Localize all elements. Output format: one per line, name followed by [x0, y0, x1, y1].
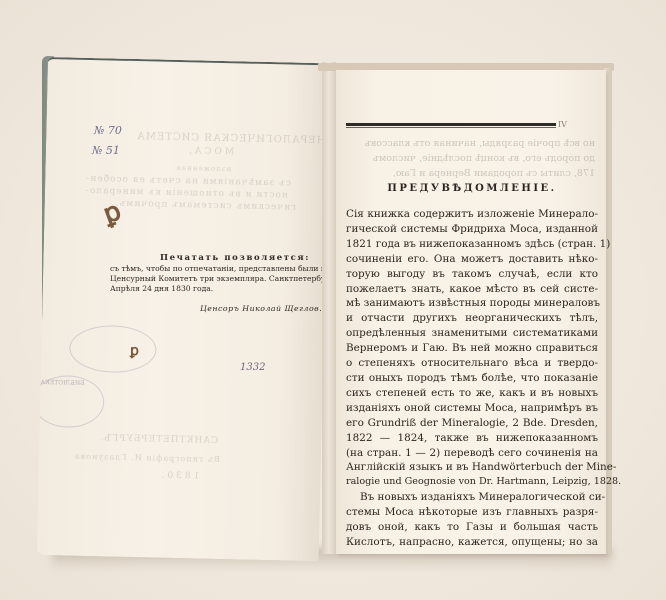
paragraph-2: Въ новыхъ изданіяхъ Минералогической си-… — [346, 490, 598, 550]
preface-body: Сія книжка содержитъ изложеніе Минерало-… — [346, 207, 598, 550]
text-line: сочиненіи его. Она можетъ доставить нѣко… — [346, 252, 598, 267]
text-line: Англійскій языкъ и въ Handwörterbuch der… — [346, 460, 598, 475]
header-rule-thin — [346, 127, 556, 128]
page-number: IV — [558, 120, 567, 129]
censor-line: съ тѣмъ, чтобы по отпечатаніи, представл… — [110, 264, 330, 274]
header-rule — [346, 123, 556, 126]
ghost-line: до породъ его, въ концѣ послѣдніе, число… — [350, 151, 595, 166]
text-line: мѣ занимаютъ извѣстныя породы минераловъ — [346, 296, 598, 311]
pencil-shelfmark: № 51 — [92, 144, 120, 157]
section-heading: ПРЕДУВѢДОМЛЕНІЕ. — [346, 183, 598, 194]
ink-mark-small: ꝑ — [130, 343, 139, 359]
text-line: Въ новыхъ изданіяхъ Минералогической си- — [346, 490, 598, 505]
ghost-title-line: изложенная — [175, 164, 231, 173]
ghost-title-line: гическимъ системамъ прочимъ. — [115, 199, 296, 213]
text-line: гической системы Фридриха Моса, изданной — [346, 222, 598, 237]
ghost-title-line: МИНЕРАЛОГИЧЕСКАЯ СИСТЕМА — [136, 131, 330, 147]
text-line: Кислотъ, напрасно, кажется, опущены; но … — [346, 535, 598, 550]
censor-approval-text: съ тѣмъ, чтобы по отпечатаніи, представл… — [110, 264, 330, 295]
library-stamp — [69, 325, 157, 374]
text-line: стемы Моса нѣкоторые изъ главныхъ разря- — [346, 505, 598, 520]
ghost-imprint-line: САНКТПЕТЕРБУРГЪ. — [99, 433, 218, 446]
text-line: торую выгоду въ такомъ случаѣ, если кто — [346, 267, 598, 282]
text-line: опредѣленныя знаменитыми систематиками — [346, 326, 598, 341]
pencil-shelfmark: № 70 — [94, 124, 122, 137]
text-line: сихъ степеней есть то же, какъ и въ новы… — [346, 386, 598, 401]
pencil-number: 1332 — [240, 362, 265, 373]
text-line: Сія книжка содержитъ изложеніе Минерало- — [346, 207, 598, 222]
text-line: (на стран. 1 — 2) переводѣ сего сочинені… — [346, 446, 598, 461]
ghost-line: но всѣ прочіе разряды, начиная отъ класс… — [350, 136, 595, 151]
text-line: Вернеромъ и Гаю. Въ ней можно справиться — [346, 341, 598, 356]
text-line: сти оныхъ породъ тѣмъ болѣе, что показан… — [346, 371, 598, 386]
text-line: и отчасти другихъ неорганическихъ тѣлъ, — [346, 311, 598, 326]
text-line: довъ оной, какъ то Газы и большая часть — [346, 520, 598, 535]
text-line: 1821 года въ нижепоказанномъ здѣсь (стра… — [346, 237, 598, 252]
censor-line: Ценсурный Комитетъ три экземпляра. Санкт… — [110, 274, 330, 284]
book-gutter — [322, 62, 336, 554]
censor-signature: Ценсоръ Николай Щеглов. — [200, 304, 322, 313]
text-line: 1822 — 1824, также въ нижепоказанномъ — [346, 431, 598, 446]
censor-line: Апрѣля 24 дня 1830 года. — [110, 284, 330, 294]
text-line: пожелаетъ знать, какое мѣсто въ сей сист… — [346, 282, 598, 297]
text-line: изданіяхъ оной системы Моса, напримѣръ в… — [346, 401, 598, 416]
bleed-through-text: но всѣ прочіе разряды, начиная отъ класс… — [350, 136, 595, 181]
ghost-title-line: МОСА, — [186, 146, 234, 157]
ghost-line: 178, слиты съ породами Вернера и Гаю, — [350, 166, 595, 181]
ghost-imprint-line: 1830. — [158, 471, 199, 482]
text-line: о степеняхъ относительнаго вѣса и твердо… — [346, 356, 598, 371]
text-line: ralogie und Geognosie von Dr. Hartmann, … — [346, 475, 598, 490]
paragraph-1: Сія книжка содержитъ изложеніе Минерало-… — [346, 207, 598, 490]
stamp-text: БИБЛІОТЕКА — [41, 379, 85, 387]
censor-approval-heading: Печатать позволяется: — [160, 253, 310, 263]
text-line: его Grundriß der Mineralogie, 2 Bde. Dre… — [346, 416, 598, 431]
ghost-imprint-line: Въ типографіи И. Глазунова — [74, 452, 220, 464]
